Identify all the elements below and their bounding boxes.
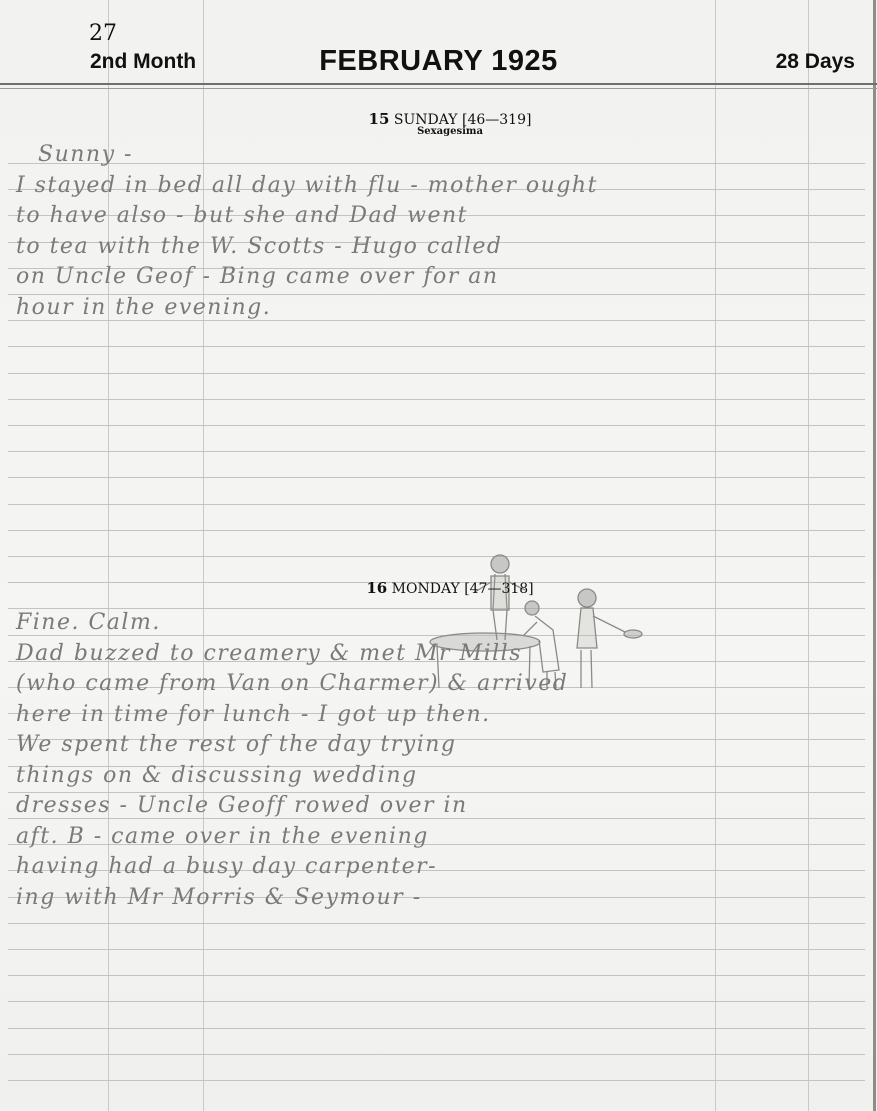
header-rule (0, 88, 877, 89)
ruled-line (8, 477, 865, 478)
ruled-line (8, 373, 865, 374)
ruled-line (8, 949, 865, 950)
handwriting-line: aft. B - came over in the evening (16, 822, 847, 853)
ruled-line (8, 1080, 865, 1081)
header-rule (0, 83, 877, 85)
ruled-line (8, 1054, 865, 1055)
diary-entry-sunday: Sunny -I stayed in bed all day with flu … (16, 140, 847, 323)
ruled-line (8, 1001, 865, 1002)
handwriting-line: on Uncle Geof - Bing came over for an (16, 262, 847, 293)
ruled-line (8, 451, 865, 452)
day-count: [47—318] (464, 581, 533, 597)
ruled-line (8, 530, 865, 531)
handwriting-line: here in time for lunch - I got up then. (16, 700, 847, 731)
handwriting-line: I stayed in bed all day with flu - mothe… (16, 171, 847, 202)
day-heading-monday: 16 MONDAY [47—318] (0, 580, 877, 597)
ruled-line (8, 923, 865, 924)
handwriting-line: Fine. Calm. (16, 608, 847, 639)
handwriting-line: Sunny - (16, 140, 847, 171)
ruled-line (8, 425, 865, 426)
diary-entry-monday: Fine. Calm.Dad buzzed to creamery & met … (16, 608, 847, 913)
ruled-line (8, 504, 865, 505)
days-in-month-label: 28 Days (776, 50, 855, 74)
handwriting-line: things on & discussing wedding (16, 761, 847, 792)
handwriting-line: Dad buzzed to creamery & met Mr Mills (16, 639, 847, 670)
handwriting-line: We spent the rest of the day trying (16, 730, 847, 761)
handwriting-line: hour in the evening. (16, 293, 847, 324)
handwriting-line: having had a busy day carpenter- (16, 852, 847, 883)
day-number: 16 (366, 579, 387, 597)
page-edge (873, 0, 876, 1111)
diary-page: 27 2nd Month FEBRUARY 1925 28 Days 15 SU… (0, 0, 877, 1111)
ruled-line (8, 1028, 865, 1029)
handwriting-line: to tea with the W. Scotts - Hugo called (16, 232, 847, 263)
observance-label: Sexagesima (0, 126, 877, 138)
page-number: 27 (89, 22, 117, 46)
ruled-line (8, 975, 865, 976)
weekday: MONDAY (392, 581, 460, 597)
handwriting-line: (who came from Van on Charmer) & arrived (16, 669, 847, 700)
handwriting-line: ing with Mr Morris & Seymour - (16, 883, 847, 914)
handwriting-line: to have also - but she and Dad went (16, 201, 847, 232)
page-title: FEBRUARY 1925 (0, 45, 877, 77)
ruled-line (8, 399, 865, 400)
handwriting-line: dresses - Uncle Geoff rowed over in (16, 791, 847, 822)
ruled-line (8, 346, 865, 347)
